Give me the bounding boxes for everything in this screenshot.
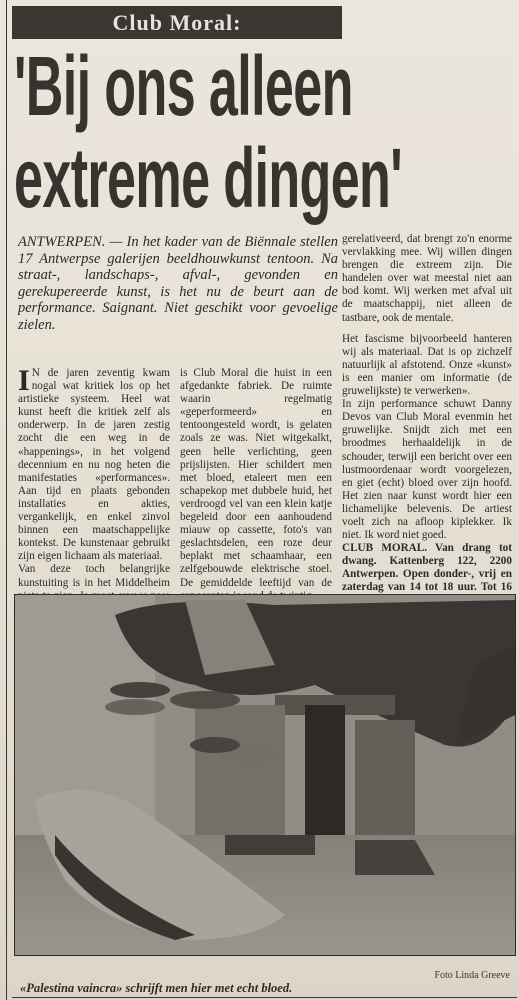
photo-image (15, 595, 515, 955)
headline-line-1: 'Bij ons alleen (14, 40, 324, 132)
paragraph: Het fascisme bijvoorbeeld hanteren wij a… (342, 333, 512, 398)
lead-paragraph: ANTWERPEN. — In het kader van de Biënnal… (18, 234, 338, 334)
bottom-rule (12, 997, 517, 998)
headline: 'Bij ons alleen extreme dingen' (14, 40, 324, 224)
headline-line-2: extreme dingen' (14, 132, 324, 224)
paragraph: IN de jaren zeventig kwam nogal wat krit… (18, 367, 170, 563)
newspaper-clipping: Club Moral: 'Bij ons alleen extreme ding… (0, 0, 519, 1000)
photo-credit: Foto Linda Greeve (434, 970, 510, 981)
body-column-3: gerelativeerd, dat brengt zo'n enorme ve… (342, 233, 512, 621)
paragraph-text: N de jaren zeventig kwam nogal wat kriti… (18, 367, 170, 562)
article-photo (14, 594, 516, 956)
photo-caption: «Palestina vaincra» schrijft men hier me… (20, 981, 292, 996)
paragraph: gerelativeerd, dat brengt zo'n enorme ve… (342, 233, 512, 325)
paragraph: is Club Moral die huist in een afgedankt… (180, 367, 332, 603)
kicker-banner: Club Moral: (12, 6, 342, 39)
column-rule (6, 0, 7, 1000)
drop-cap: I (18, 369, 30, 393)
paragraph: In zijn performance schuwt Danny Devos v… (342, 398, 512, 542)
